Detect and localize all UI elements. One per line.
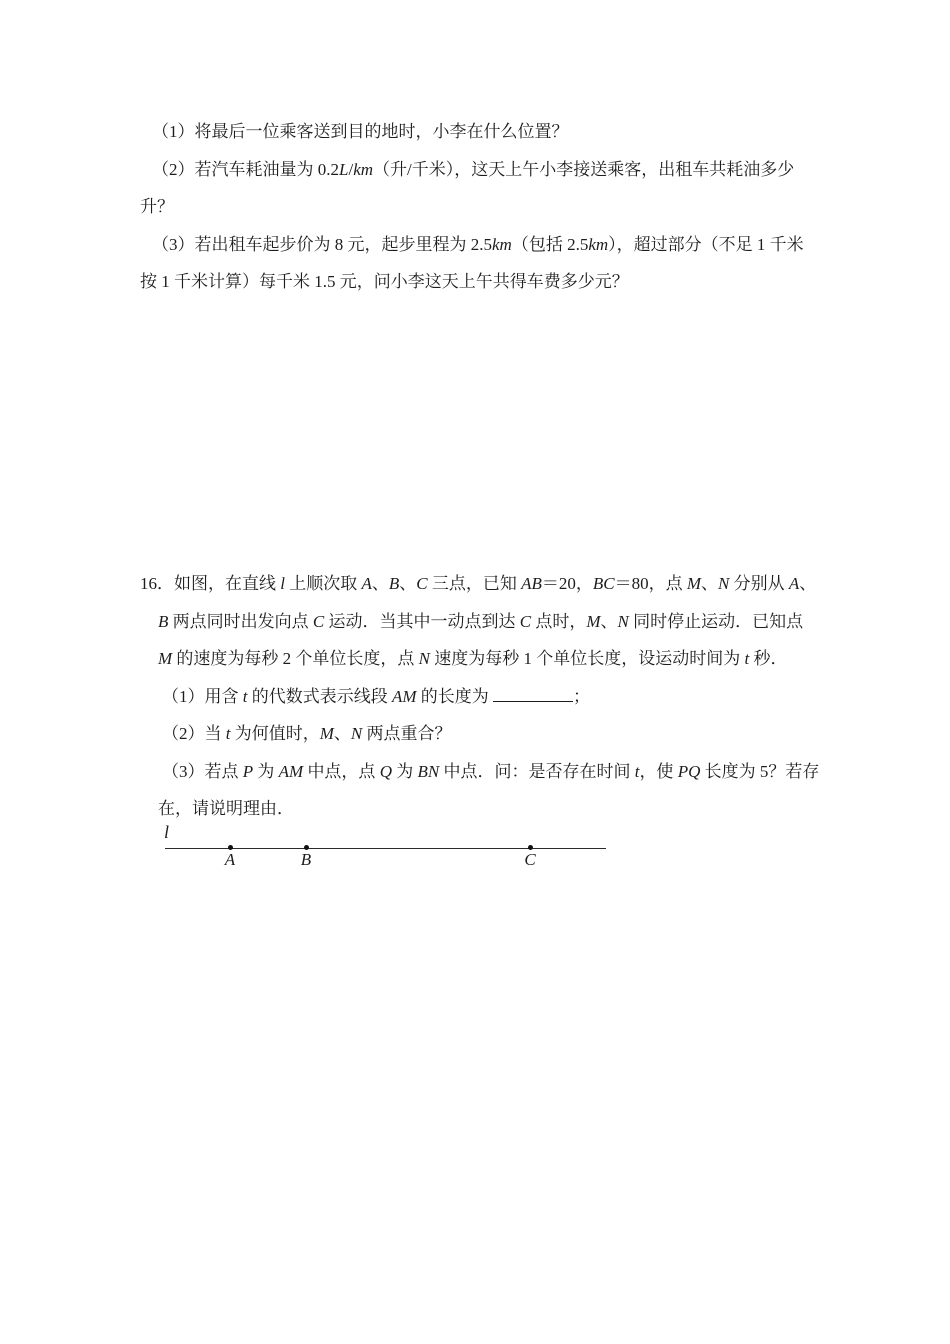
text-run: 、 xyxy=(372,574,389,593)
math-variable: AM xyxy=(392,687,417,706)
math-variable: PQ xyxy=(678,762,701,781)
text-line: （3）若出租车起步价为 8 元，起步里程为 2.5km（包括 2.5km），超过… xyxy=(152,226,832,264)
text-run: （1）将最后一位乘客送到目的地时，小李在什么位置？ xyxy=(152,122,569,141)
text-run: 为 xyxy=(253,762,279,781)
line-l-label: l xyxy=(164,823,169,841)
math-variable: N xyxy=(419,649,430,668)
text-run: 为 xyxy=(392,762,418,781)
text-line: 升？ xyxy=(140,188,832,226)
text-run: （升/千米），这天上午小李接送乘客，出租车共耗油多少 xyxy=(373,160,794,179)
math-variable: M xyxy=(158,649,172,668)
math-variable: Q xyxy=(380,762,392,781)
text-line: 16．如图，在直线 l 上顺次取 A、B、C 三点，已知 AB＝20，BC＝80… xyxy=(140,565,832,603)
text-run: 分别从 xyxy=(729,574,789,593)
question-16: 16．如图，在直线 l 上顺次取 A、B、C 三点，已知 AB＝20，BC＝80… xyxy=(140,565,832,828)
text-run: 在，请说明理由． xyxy=(158,799,294,818)
text-run: 中点．问：是否存在时间 xyxy=(439,762,635,781)
text-run: 秒． xyxy=(749,649,787,668)
text-run: 为何值时， xyxy=(230,724,319,743)
text-run: 运动．当其中一动点到达 xyxy=(324,612,520,631)
text-run: 、 xyxy=(601,612,618,631)
text-line: 按 1 千米计算）每千米 1.5 元，问小李这天上午共得车费多少元？ xyxy=(140,263,832,301)
math-variable: M xyxy=(586,612,600,631)
text-run: 上顺次取 xyxy=(285,574,362,593)
text-run: 中点，点 xyxy=(303,762,380,781)
text-run: 三点，已知 xyxy=(428,574,522,593)
text-run: 的速度为每秒 2 个单位长度，点 xyxy=(172,649,419,668)
math-variable: C xyxy=(313,612,324,631)
point-label-c: C xyxy=(524,850,535,870)
text-line: （3）若点 P 为 AM 中点，点 Q 为 BN 中点．问：是否存在时间 t，使… xyxy=(162,753,832,791)
math-variable: km xyxy=(353,160,373,179)
figure-number-line: l ABC xyxy=(140,820,630,882)
math-variable: AM xyxy=(279,762,304,781)
text-line: M 的速度为每秒 2 个单位长度，点 N 速度为每秒 1 个单位长度，设运动时间… xyxy=(158,640,832,678)
text-line: （2）若汽车耗油量为 0.2L/km（升/千米），这天上午小李接送乘客，出租车共… xyxy=(152,151,832,189)
text-run: 的长度为 xyxy=(417,687,494,706)
text-line: （1）用含 t 的代数式表示线段 AM 的长度为 ； xyxy=(162,678,832,716)
text-run: ），超过部分（不足 1 千米 xyxy=(608,235,804,254)
math-variable: C xyxy=(416,574,427,593)
math-variable: P xyxy=(243,762,253,781)
text-run: （3）若出租车起步价为 8 元，起步里程为 2.5 xyxy=(152,235,492,254)
text-run: （1）用含 xyxy=(162,687,243,706)
math-variable: N xyxy=(718,574,729,593)
text-run: 的代数式表示线段 xyxy=(247,687,392,706)
math-variable: C xyxy=(520,612,531,631)
text-run: 速度为每秒 1 个单位长度，设运动时间为 xyxy=(430,649,745,668)
text-line: （1）将最后一位乘客送到目的地时，小李在什么位置？ xyxy=(152,113,832,151)
text-run: 、 xyxy=(799,574,816,593)
math-variable: BN xyxy=(417,762,439,781)
point-label-b: B xyxy=(301,850,311,870)
math-variable: B xyxy=(389,574,399,593)
text-run: 16．如图，在直线 xyxy=(140,574,280,593)
text-run: （包括 2.5 xyxy=(512,235,589,254)
text-run: 两点同时出发向点 xyxy=(168,612,313,631)
text-run: ＝80，点 xyxy=(615,574,687,593)
math-variable: M xyxy=(320,724,334,743)
text-line: B 两点同时出发向点 C 运动．当其中一动点到达 C 点时，M、N 同时停止运动… xyxy=(158,603,832,641)
answer-blank xyxy=(493,684,573,702)
math-variable: N xyxy=(351,724,362,743)
math-variable: B xyxy=(158,612,168,631)
math-variable: A xyxy=(789,574,799,593)
math-variable: km xyxy=(588,235,608,254)
worksheet-page: （1）将最后一位乘客送到目的地时，小李在什么位置？（2）若汽车耗油量为 0.2L… xyxy=(0,0,950,1344)
math-variable: N xyxy=(618,612,629,631)
text-run: 同时停止运动．已知点 xyxy=(629,612,803,631)
math-variable: A xyxy=(361,574,371,593)
text-run: 、 xyxy=(701,574,718,593)
text-run: ； xyxy=(573,687,590,706)
text-run: （2）当 xyxy=(162,724,226,743)
text-run: （2）若汽车耗油量为 0.2 xyxy=(152,160,339,179)
math-variable: km xyxy=(492,235,512,254)
text-run: （3）若点 xyxy=(162,762,243,781)
text-run: 点时， xyxy=(531,612,586,631)
text-run: 、 xyxy=(399,574,416,593)
text-run: 长度为 5？若存 xyxy=(700,762,819,781)
point-label-a: A xyxy=(225,850,235,870)
text-run: 、 xyxy=(334,724,351,743)
math-variable: AB xyxy=(521,574,542,593)
math-variable: M xyxy=(687,574,701,593)
text-run: ＝20， xyxy=(542,574,593,593)
math-variable: BC xyxy=(593,574,615,593)
text-run: ，使 xyxy=(639,762,677,781)
text-run: 两点重合？ xyxy=(362,724,451,743)
text-run: 按 1 千米计算）每千米 1.5 元，问小李这天上午共得车费多少元？ xyxy=(140,272,629,291)
text-run: 升？ xyxy=(140,197,174,216)
text-line: （2）当 t 为何值时，M、N 两点重合？ xyxy=(162,715,832,753)
question-15-subquestions: （1）将最后一位乘客送到目的地时，小李在什么位置？（2）若汽车耗油量为 0.2L… xyxy=(140,113,832,301)
